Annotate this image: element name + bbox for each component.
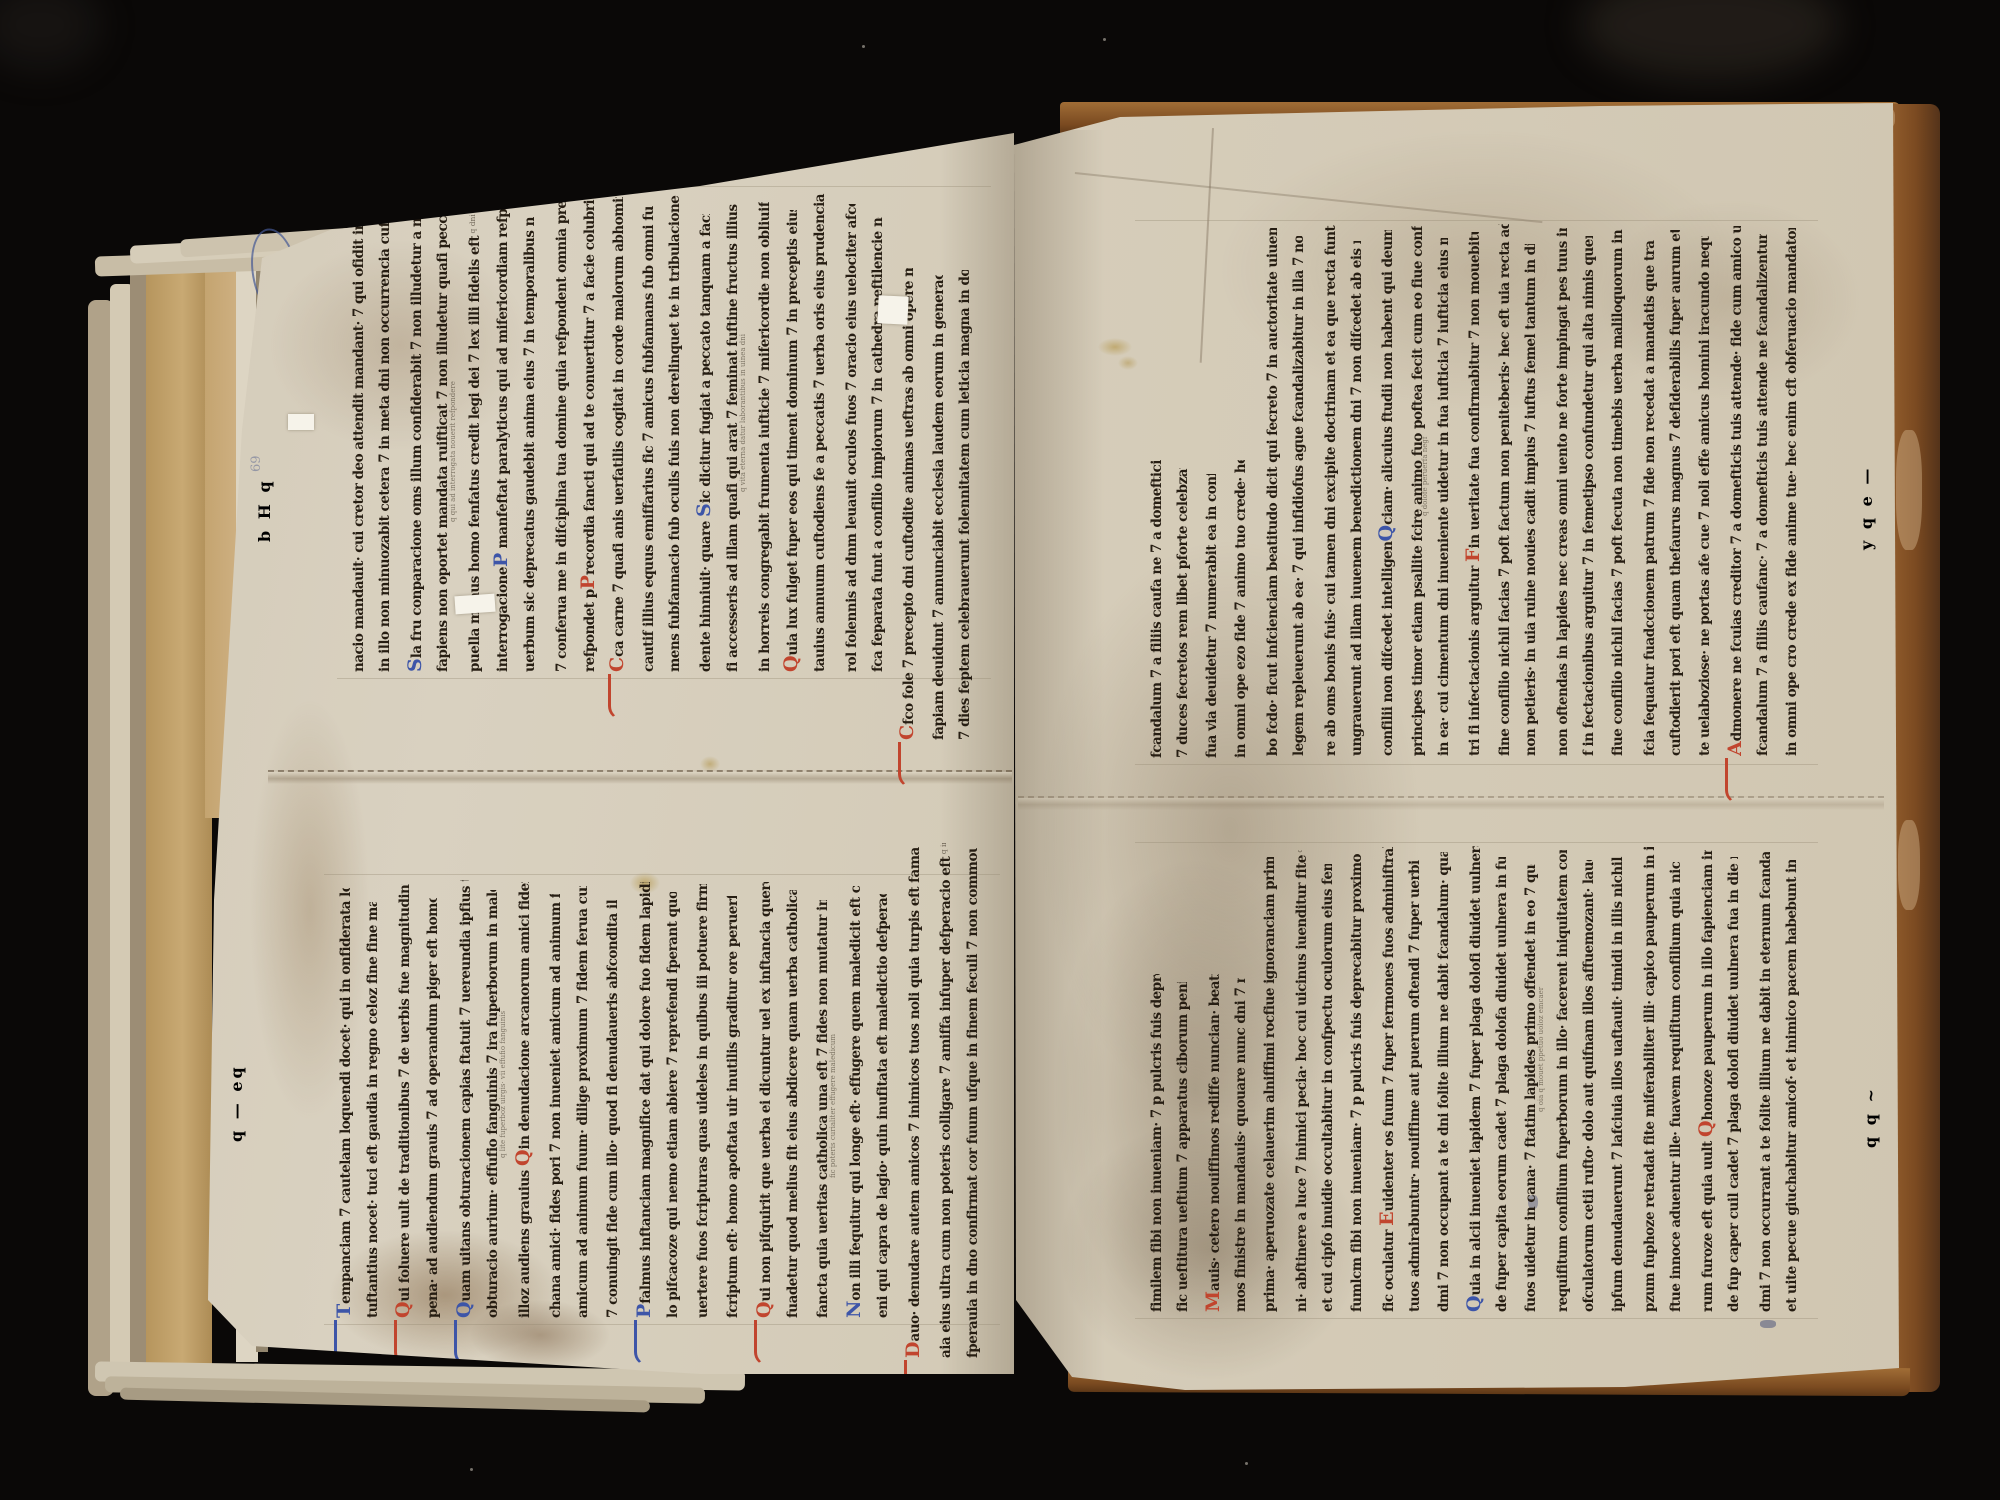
correction-patch xyxy=(288,414,314,430)
manuscript-text-line: uerbum sic deprecatus gaudebit anima eiu… xyxy=(519,217,543,672)
manuscript-text-line: ofculatorum cetii rufto· dolo aut quifna… xyxy=(1578,860,1602,1312)
dust-speck xyxy=(1103,38,1106,41)
manuscript-text-line: prima· aperuozate celauerim alniffimi ro… xyxy=(1259,857,1283,1312)
quire-signature: y q e — xyxy=(1856,420,1878,550)
manuscript-text-line: Mauis· cetero nouiffimos rediffe nuncian… xyxy=(1201,974,1225,1312)
manuscript-text-line: illoz audiens grauius Qin denudacione ar… xyxy=(512,882,536,1318)
manuscript-text-line: fcia fequatur fuadccionem patrum 7 fide … xyxy=(1636,240,1660,756)
manuscript-text-line: fumlcm fibi non inueniam· 7 p pulcris fu… xyxy=(1346,854,1370,1312)
yellow-spot xyxy=(1098,338,1132,356)
manuscript-text-line: ungrauerunt ad illam iuuenem benediction… xyxy=(1346,241,1370,756)
manuscript-text-line: pzum fuphoze retradat fite miferabiliter… xyxy=(1636,847,1660,1312)
rubricated-initial: E xyxy=(1376,1211,1398,1225)
manuscript-text-line: confilii non difcedet intelligenQciam· a… xyxy=(1375,230,1399,756)
quire-signature: q q ~ xyxy=(1860,1018,1882,1148)
initial-pen-flourish xyxy=(454,1320,468,1366)
manuscript-text-line: te uelaboziose· ne portas afe cue 7 noli… xyxy=(1694,236,1718,756)
manuscript-text-line: mens fubfannacio fub oculis fuis non der… xyxy=(664,188,688,672)
quire-signature: q — eq xyxy=(226,1012,248,1142)
manuscript-text-line: fimilem fibi non inueniam· 7 p pulcris f… xyxy=(1143,974,1167,1312)
manuscript-text-line: lo pifcacoze qui nemo etiam abiere 7 rep… xyxy=(662,892,686,1318)
manuscript-text-line: rol folennis ad dnm leuauit oculos fuos … xyxy=(838,204,862,672)
manuscript-text-line: de fup caper cuil cadet 7 plaga dolofi d… xyxy=(1723,857,1747,1312)
pencil-note: 69 xyxy=(248,426,266,472)
manuscript-text-line: Quia in alcii inueniet lapidem 7 fuper p… xyxy=(1462,846,1486,1312)
initial-pen-flourish xyxy=(334,1320,348,1366)
manuscript-text-line: bo fcdo· ficut infcienciam beatitudo dic… xyxy=(1259,228,1283,756)
manuscript-text-line: f in fectacionibus arguitur 7 in femetip… xyxy=(1578,236,1602,756)
ruling-line xyxy=(1135,220,1818,221)
ruling-line xyxy=(1135,842,1818,843)
manuscript-text-line: ipfum denudauerunt 7 lafciuia illos uaft… xyxy=(1607,854,1631,1312)
rubricated-initial: P xyxy=(633,1304,655,1318)
interlinear-gloss: fic poteris curialiter effugere maledicu… xyxy=(828,1008,838,1178)
manuscript-text-line: nacio mandauit· cui cretor deo attendit … xyxy=(345,202,369,672)
manuscript-text-line: 7 conuingit fide cum illo· quod fi denud… xyxy=(602,900,626,1318)
manuscript-text-line: Sla fru conparacione oms illum confidera… xyxy=(403,187,427,672)
manuscript-text-line: Non illi fequitur qui longe eft· effuger… xyxy=(842,886,866,1318)
manuscript-text-line: fcandalum 7 a filiis caufa ne 7 a domeft… xyxy=(1143,460,1167,758)
rubricated-initial: S xyxy=(693,503,715,517)
rubricated-initial: Q xyxy=(1375,525,1397,542)
blue-smudge xyxy=(1760,1320,1776,1328)
manuscript-text-line: Dauo· denudare autem amicos 7 inimicos t… xyxy=(902,843,926,1358)
manuscript-text-line: tauius annuum cuftodiens fe a peccatis 7… xyxy=(809,186,833,672)
initial-pen-flourish xyxy=(754,1320,768,1366)
manuscript-text-line: Pfalmus inftanciam magnifice dat qui dol… xyxy=(632,882,656,1318)
interlinear-gloss: q lite fuperboz uirgis· vii effufio fang… xyxy=(498,978,508,1158)
tan-guard-strip xyxy=(146,256,212,1368)
manuscript-text-line: 7 dies feptem celebrauerunt folennitatem… xyxy=(954,270,978,740)
initial-pen-flourish xyxy=(904,1360,918,1406)
manuscript-text-line: fuadetur quod melius fit eius abdicere q… xyxy=(782,890,806,1318)
crease-line xyxy=(1075,172,1543,223)
dust-speck xyxy=(470,1468,473,1471)
manuscript-text-line: Admonere ne fcuias creditor 7 a domeftic… xyxy=(1723,226,1747,756)
manuscript-text-line: fperauia in dno confirmat cor fuum ufque… xyxy=(962,848,986,1358)
rubricated-initial: Q xyxy=(512,1149,534,1166)
rubricated-initial: A xyxy=(1724,741,1746,756)
rubricated-initial: Q xyxy=(753,1301,775,1318)
manuscript-text-line: Quia lux fulget fuper eos qui timent dom… xyxy=(780,210,804,672)
manuscript-text-line: cuftodierit pori eft quam thefaurus magn… xyxy=(1665,230,1689,756)
manuscript-text-line: 7 conferua me in difciplina tua domine q… xyxy=(548,200,572,672)
initial-pen-flourish xyxy=(394,1320,408,1366)
rubricated-initial: C xyxy=(606,657,628,672)
manuscript-text-line: fcriptum eft· homo apoftata uir inutilis… xyxy=(722,896,746,1318)
manuscript-text-line: fcandalum 7 a filiis caufanc· 7 a domeft… xyxy=(1752,234,1776,756)
manuscript-text-line: aia eius ultra cum non poteris colligare… xyxy=(932,843,956,1358)
manuscript-text-line: chana amici· fides pori 7 non inueniet a… xyxy=(542,894,566,1318)
manuscript-text-line: fic oculatur Euidenter os fuum 7 fuper f… xyxy=(1375,847,1399,1312)
manuscript-text-line: in horreis congregabit frumenta iufticie… xyxy=(751,202,775,672)
rubricated-initial: P xyxy=(490,553,512,567)
ruling-line xyxy=(337,186,991,187)
manuscript-text-line: cautif illius equus emiffarius fic 7 ami… xyxy=(635,206,659,672)
manuscript-text-line: legem repleuerunt ab ea· 7 qui infidiofu… xyxy=(1288,236,1312,756)
manuscript-text-line: Qui non pifquirit que uerba ei dicuntur … xyxy=(752,882,776,1318)
manuscript-text-line: non petieris· in uia ruine nouies cadit … xyxy=(1520,244,1544,756)
manuscript-text-line: refpondet pPrecordia fancti qui ad te co… xyxy=(577,192,601,672)
interlinear-gloss: q vita eterna datur laborantibus in uine… xyxy=(738,302,748,492)
manuscript-text-line: fua via deuidetur 7 numerabit ea in conf… xyxy=(1201,474,1225,758)
manuscript-text-line: fca feparata funt a confilio impiorum 7 … xyxy=(867,217,891,672)
rubricated-initial: Q xyxy=(453,1301,475,1318)
manuscript-text-line: dente hinniuit· quare Sic dicitur fugiat… xyxy=(693,214,717,672)
ruling-line xyxy=(324,874,1000,875)
manuscript-text-line: de fuper capita eorum cadet 7 plaga dolo… xyxy=(1491,857,1515,1312)
rubricated-initial: C xyxy=(896,725,918,740)
manuscript-text-line: amicum ad animum fuum· dilige proximum 7… xyxy=(572,886,596,1318)
manuscript-text-line: tri fi infectacionis arguitur Fin uerita… xyxy=(1462,232,1486,756)
yellow-spot xyxy=(1118,356,1138,370)
initial-pen-flourish xyxy=(898,742,912,788)
rubricated-initial: M xyxy=(1202,1291,1224,1312)
manuscript-text-line: Quam uitans obturacionem capias ftatuit … xyxy=(452,880,476,1318)
manuscript-text-line: mos finistre in mandauis· quouare nunc d… xyxy=(1230,978,1254,1312)
manuscript-text-line: in omni ope ezo fide 7 animo tuo crede· … xyxy=(1230,460,1254,758)
manuscript-text-line: Tempanciam 7 cautelam loquendi docet· qu… xyxy=(332,888,356,1318)
rubricated-initial: Q xyxy=(780,655,802,672)
manuscript-text-line: ni· abftinere a luce 7 inimici pecia· ho… xyxy=(1288,850,1312,1312)
rubricated-initial: Q xyxy=(392,1301,414,1318)
manuscript-text-line: et uite pecue giuchabitur amicof· et ini… xyxy=(1781,860,1805,1312)
leather-scuff xyxy=(1898,820,1920,910)
interlinear-gloss: q dolofe peruerfa negf xyxy=(1420,366,1430,516)
dust-speck xyxy=(862,45,865,48)
manuscript-photo: BIBL nacio mandauit· cui cretor deo atte… xyxy=(0,0,2000,1500)
manuscript-text-line: tuos admirabuntur· nouiffime aut puerum … xyxy=(1404,860,1428,1312)
manuscript-text-line: dmi 7 non occupant a te dni folite illiu… xyxy=(1433,852,1457,1312)
initial-pen-flourish xyxy=(1725,758,1739,804)
ruling-line xyxy=(337,678,991,679)
initial-pen-flourish xyxy=(608,674,622,720)
manuscript-text-line: fine confilio nichil facias 7 poft factu… xyxy=(1491,224,1515,756)
manuscript-text-line: uertere fuos fcripturas quas uideles in … xyxy=(692,884,716,1318)
rubricated-initial: P xyxy=(577,575,599,589)
rubricated-initial: S xyxy=(404,658,426,672)
manuscript-text-line: fiue confilio nichil facias 7 poft fecut… xyxy=(1607,226,1631,756)
manuscript-text-line: rum furoze eft quia uult Qhonoze pauperu… xyxy=(1694,850,1718,1312)
correction-patch xyxy=(454,594,495,615)
manuscript-text-line: ftue innoce aduentur ille· fuavem requif… xyxy=(1665,862,1689,1312)
manuscript-text-line: Qui foluere uult de traditionibus 7 de u… xyxy=(392,884,416,1318)
manuscript-text-line: fic ueftitura ueftium 7 apparatus ciboru… xyxy=(1172,982,1196,1312)
manuscript-text-line: Cca carne 7 quafi anis uerfatilis cogita… xyxy=(606,197,630,672)
manuscript-text-line: eni qui capra de lagio· quin inufitata e… xyxy=(872,894,896,1318)
folio-number: xxvi xyxy=(381,115,401,170)
manuscript-text-line: fapiam deuidunt 7 annunciabit ecclesia l… xyxy=(925,275,949,740)
manuscript-text-line: et cui cipfo inuidie occultabitur in con… xyxy=(1317,864,1341,1312)
rubricated-initial: T xyxy=(333,1304,355,1318)
rubricated-initial: F xyxy=(1462,548,1484,562)
ruling-line xyxy=(1135,1318,1818,1319)
dust-speck xyxy=(1245,1462,1248,1465)
leather-scuff xyxy=(1896,430,1922,550)
manuscript-text-line: tuftantius nocet· tuci eft gaudia in reg… xyxy=(362,902,386,1318)
rubricated-initial: Q xyxy=(1463,1295,1485,1312)
fold-seam xyxy=(1018,796,1884,810)
interlinear-gloss: q oia q mouet ppetuo uoloz emcaer xyxy=(1536,952,1546,1112)
interlinear-gloss: q qui ad interrogata nouerit refpondere xyxy=(448,352,458,522)
backdrop-shadow xyxy=(0,0,100,70)
manuscript-text-line: 7 duces fecretos rem libet pforte celebz… xyxy=(1172,468,1196,758)
manuscript-text-line: Cfco fole 7 precepto dni cuftodite anima… xyxy=(896,268,920,740)
manuscript-text-line: non oftendas in lapides nec creas omni u… xyxy=(1549,228,1573,756)
manuscript-text-line: in omni ope cro crede ex fide anime tue·… xyxy=(1781,228,1805,756)
backdrop-shadow xyxy=(1580,0,1840,80)
ruling-line xyxy=(324,1324,1000,1325)
corner-fold-crease xyxy=(328,62,512,206)
manuscript-text-line: in ea· cui cimentum dni inueniente uidet… xyxy=(1433,238,1457,756)
ruling-line xyxy=(1135,764,1818,765)
manuscript-text-line: in illo non minuozabit cetera 7 in meta … xyxy=(374,210,398,672)
manuscript-text-line: dmi 7 non occurrant a te folite illium n… xyxy=(1752,852,1776,1312)
rubricated-initial: D xyxy=(902,1342,924,1358)
crease-line xyxy=(1200,128,1214,363)
initial-pen-flourish xyxy=(634,1320,648,1366)
manuscript-text-line: re ab oms bonis fuis· cui tamen dni exci… xyxy=(1317,224,1341,756)
manuscript-text-line: requifitum confilium fuperborum in illo·… xyxy=(1549,850,1573,1312)
rubricated-initial: Q xyxy=(1695,1120,1717,1137)
manuscript-text-line: pena· ad audiendum grauis 7 ad operandum… xyxy=(422,898,446,1318)
correction-patch xyxy=(877,295,908,325)
gutter-shadow xyxy=(1014,130,1104,1380)
rubricated-initial: N xyxy=(843,1301,865,1318)
